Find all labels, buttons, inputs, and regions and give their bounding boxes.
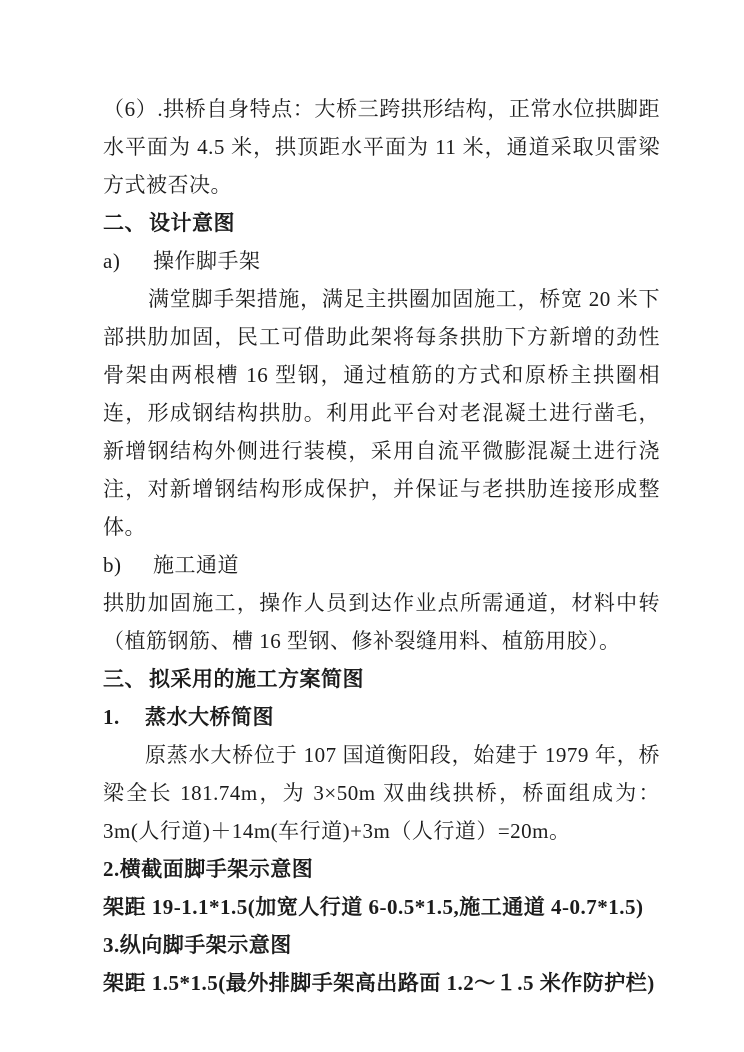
section-number: 三、	[103, 660, 149, 698]
paragraph-longitudinal-spacing: 架距 1.5*1.5(最外排脚手架高出路面 1.2～１.5 米作防护栏)	[103, 964, 660, 1002]
paragraph-cross-section-spacing: 架距 19-1.1*1.5(加宽人行道 6-0.5*1.5,施工通道 4-0.7…	[103, 888, 660, 926]
subheading-cross-section-scaffold: 2.横截面脚手架示意图	[103, 850, 660, 888]
section-heading-proposed-scheme: 三、拟采用的施工方案简图	[103, 660, 660, 698]
list-item-a-operating-scaffold: a)操作脚手架	[103, 242, 660, 280]
section-heading-label: 设计意图	[149, 211, 235, 235]
document-page: （6）.拱桥自身特点：大桥三跨拱形结构，正常水位拱脚距水平面为 4.5 米，拱顶…	[0, 0, 744, 1052]
section-number: 二、	[103, 204, 149, 242]
paragraph-arch-bridge-features: （6）.拱桥自身特点：大桥三跨拱形结构，正常水位拱脚距水平面为 4.5 米，拱顶…	[103, 90, 660, 204]
subheading-longitudinal-scaffold: 3.纵向脚手架示意图	[103, 926, 660, 964]
document-body: （6）.拱桥自身特点：大桥三跨拱形结构，正常水位拱脚距水平面为 4.5 米，拱顶…	[103, 90, 660, 1002]
list-item-b-label: 施工通道	[153, 553, 239, 577]
subheading-label: 蒸水大桥简图	[145, 705, 274, 729]
paragraph-rib-reinforcement-passage: 拱肋加固施工，操作人员到达作业点所需通道，材料中转（植筋钢筋、槽 16 型钢、修…	[103, 584, 660, 660]
subheading-number: 1.	[103, 698, 145, 736]
section-heading-label: 拟采用的施工方案简图	[149, 667, 364, 691]
list-item-b-construction-passage: b)施工通道	[103, 546, 660, 584]
section-heading-design-intent: 二、设计意图	[103, 204, 660, 242]
list-marker-a: a)	[103, 242, 153, 280]
list-marker-b: b)	[103, 546, 153, 584]
paragraph-full-scaffold-measures: 满堂脚手架措施，满足主拱圈加固施工，桥宽 20 米下部拱肋加固，民工可借助此架将…	[103, 280, 660, 546]
list-item-a-label: 操作脚手架	[153, 249, 261, 273]
paragraph-bridge-history: 原蒸水大桥位于 107 国道衡阳段，始建于 1979 年，桥梁全长 181.74…	[103, 736, 660, 850]
subheading-zhengshui-bridge-sketch: 1.蒸水大桥简图	[103, 698, 660, 736]
